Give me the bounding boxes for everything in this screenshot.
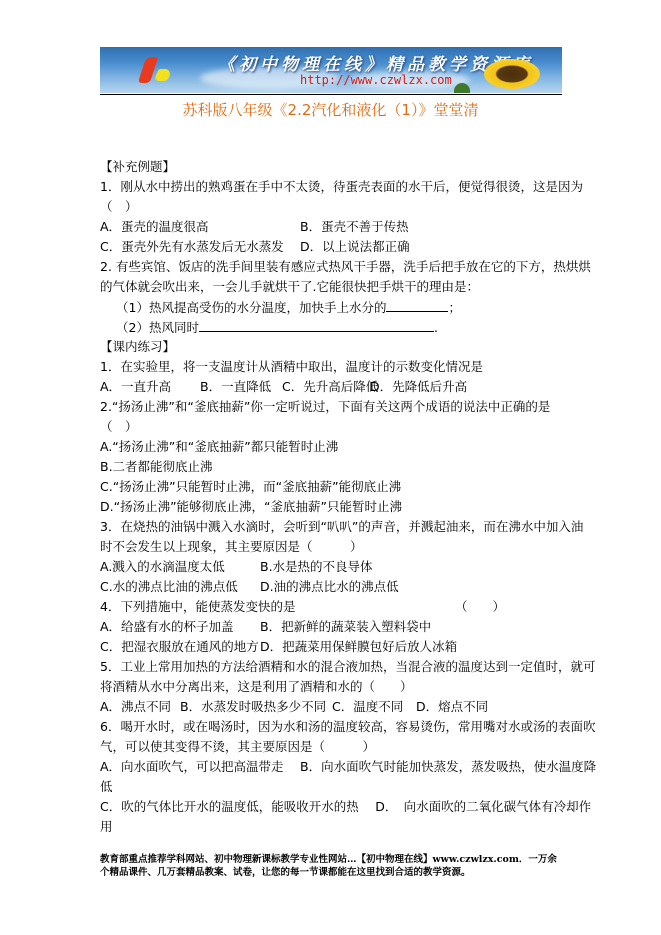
question-stem: 2.“扬汤止沸”和“釜底抽薪”你一定听说过，下面有关这两个成语的说法中正确的是	[100, 397, 570, 417]
page-title: 苏科版八年级《2.2汽化和液化（1）》堂堂清	[0, 99, 661, 120]
option-b: B．一直降低	[200, 377, 282, 397]
question-stem-row: 4．下列措施中，能使蒸发变快的是 （ ）	[100, 597, 570, 617]
option-d: D．先降低后升高	[370, 377, 467, 397]
option-c: C．先升高后降低	[282, 377, 370, 397]
section-heading-practice: 【课内练习】	[100, 337, 570, 357]
option-row: A．给盛有水的杯子加盖 B．把新鲜的蔬菜装入塑料袋中	[100, 617, 570, 637]
question-bracket: （ ）	[100, 197, 570, 217]
option-a: A.“扬汤止沸”和“釜底抽薪”都只能暂时止沸	[100, 437, 570, 457]
option-a: A．蛋壳的温度很高	[100, 217, 300, 237]
option-c: C．把湿衣服放在通风的地方	[100, 637, 260, 657]
option-b: B．水蒸发时吸热多少不同	[180, 697, 332, 717]
question-stem: 的气体就会吹出来，一会儿手就烘干了.它能很快把手烘干的理由是：	[100, 277, 570, 297]
option-b: B.二者都能彻底止沸	[100, 457, 570, 477]
fill-in-line-1: （1）热风提高受伤的水分温度，加快手上水分的；	[100, 297, 570, 317]
fill-in-prefix: （2）热风同时	[116, 320, 199, 335]
option-row: A．沸点不同 B．水蒸发时吸热多少不同 C．温度不同 D．熔点不同	[100, 697, 570, 717]
answer-blank[interactable]	[386, 297, 448, 312]
option-a: A．给盛有水的杯子加盖	[100, 617, 260, 637]
footer-line-2: 个精品课件、几万套精品教案、试卷，让您的每一节课都能在这里找到合适的教学资源。	[100, 866, 570, 879]
option-a: A．一直升高	[100, 377, 200, 397]
header-divider	[100, 94, 562, 95]
sunflower-stem-decoration	[454, 83, 470, 93]
fill-in-suffix: ；	[448, 300, 461, 315]
option-c: C.“扬汤止沸”只能暂时止沸，而“釜底抽薪”能彻底止沸	[100, 477, 570, 497]
option-row: C．把湿衣服放在通风的地方 D．把蔬菜用保鲜膜包好后放人冰箱	[100, 637, 570, 657]
section-heading-supplement: 【补充例题】	[100, 157, 570, 177]
option-a: A.溅入的水滴温度太低	[100, 557, 260, 577]
option-d: D．熔点不同	[416, 697, 488, 717]
option-row: A．蛋壳的温度很高 B．蛋壳不善于传热	[100, 217, 570, 237]
fill-in-suffix: .	[434, 320, 438, 335]
option-ab: A．向水面吹气，可以把高温带走 B．向水面吹气时能加快蒸发，蒸发吸热，使水温度降	[100, 757, 570, 777]
logo-icon-accent	[153, 69, 173, 81]
question-stem: 5．工业上常用加热的方法给酒精和水的混合液加热，当混合液的温度达到一定值时，就可	[100, 657, 570, 677]
banner-url: http://www.czwlzx.com	[300, 73, 452, 87]
question-stem: 1．刚从水中捞出的熟鸡蛋在手中不太烫，待蛋壳表面的水干后，便觉得很烫，这是因为	[100, 177, 570, 197]
option-c: C.水的沸点比油的沸点低	[100, 577, 260, 597]
option-b: B.水是热的不良导体	[260, 557, 373, 577]
option-row: A．一直升高 B．一直降低 C．先升高后降低 D．先降低后升高	[100, 377, 570, 397]
option-cd: C．吹的气体比开水的温度低，能吸收开水的热 D． 向水面吹的二氧化碳气体有冷却作	[100, 797, 570, 817]
question-stem: 将酒精从水中分离出来，这是利用了酒精和水的（ ）	[100, 677, 570, 697]
option-d: D.“扬汤止沸”能够彻底止沸，“釜底抽薪”只能暂时止沸	[100, 497, 570, 517]
option-row: C．蛋壳外先有水蒸发后无水蒸发 D．以上说法都正确	[100, 237, 570, 257]
option-row: A.溅入的水滴温度太低 B.水是热的不良导体	[100, 557, 570, 577]
option-row: C.水的沸点比油的沸点低 D.油的沸点比水的沸点低	[100, 577, 570, 597]
option-d: D．把蔬菜用保鲜膜包好后放人冰箱	[260, 637, 457, 657]
option-ab-continued: 低	[100, 777, 570, 797]
question-stem: 3．在烧热的油锅中溅入水滴时，会听到“叭叭”的声音，并溅起油来，而在沸水中加入油	[100, 517, 570, 537]
option-c: C．温度不同	[332, 697, 416, 717]
question-stem: 6．喝开水时，或在喝汤时，因为水和汤的温度较高，容易烫伤，常用嘴对水或汤的表面吹	[100, 717, 570, 737]
question-stem: 2. 有些宾馆、饭店的洗手间里装有感应式热风干手器，洗手后把手放在它的下方，热烘…	[100, 257, 570, 277]
footer-line-1: 教育部重点推荐学科网站、初中物理新课标教学专业性网站…【初中物理在线】www.c…	[100, 853, 570, 866]
question-stem: 1．在实验里，将一支温度计从酒精中取出，温度计的示数变化情况是	[100, 357, 570, 377]
document-body: 【补充例题】 1．刚从水中捞出的熟鸡蛋在手中不太烫，待蛋壳表面的水干后，便觉得很…	[100, 157, 570, 837]
question-bracket: （ ）	[100, 417, 570, 437]
fill-in-prefix: （1）热风提高受伤的水分温度，加快手上水分的	[116, 300, 386, 315]
sunflower-icon	[484, 59, 540, 89]
header-banner: 《初中物理在线》精品教学资源库 http://www.czwlzx.com	[100, 47, 562, 93]
answer-blank[interactable]	[199, 317, 434, 332]
option-d: D．以上说法都正确	[300, 237, 410, 257]
option-b: B．把新鲜的蔬菜装入塑料袋中	[260, 617, 431, 637]
option-d: D.油的沸点比水的沸点低	[260, 577, 399, 597]
option-b: B．蛋壳不善于传热	[300, 217, 409, 237]
fill-in-line-2: （2）热风同时.	[100, 317, 570, 337]
option-cd-continued: 用	[100, 817, 570, 837]
option-a: A．沸点不同	[100, 697, 180, 717]
page-footer: 教育部重点推荐学科网站、初中物理新课标教学专业性网站…【初中物理在线】www.c…	[100, 853, 570, 879]
question-bracket: （ ）	[455, 597, 505, 617]
option-c: C．蛋壳外先有水蒸发后无水蒸发	[100, 237, 300, 257]
question-stem: 时不会发生以上现象，其主要原因是（ ）	[100, 537, 570, 557]
question-stem: 4．下列措施中，能使蒸发变快的是	[100, 597, 455, 617]
question-stem: 气，可以使其变得不烫，其主要原因是（ ）	[100, 737, 570, 757]
